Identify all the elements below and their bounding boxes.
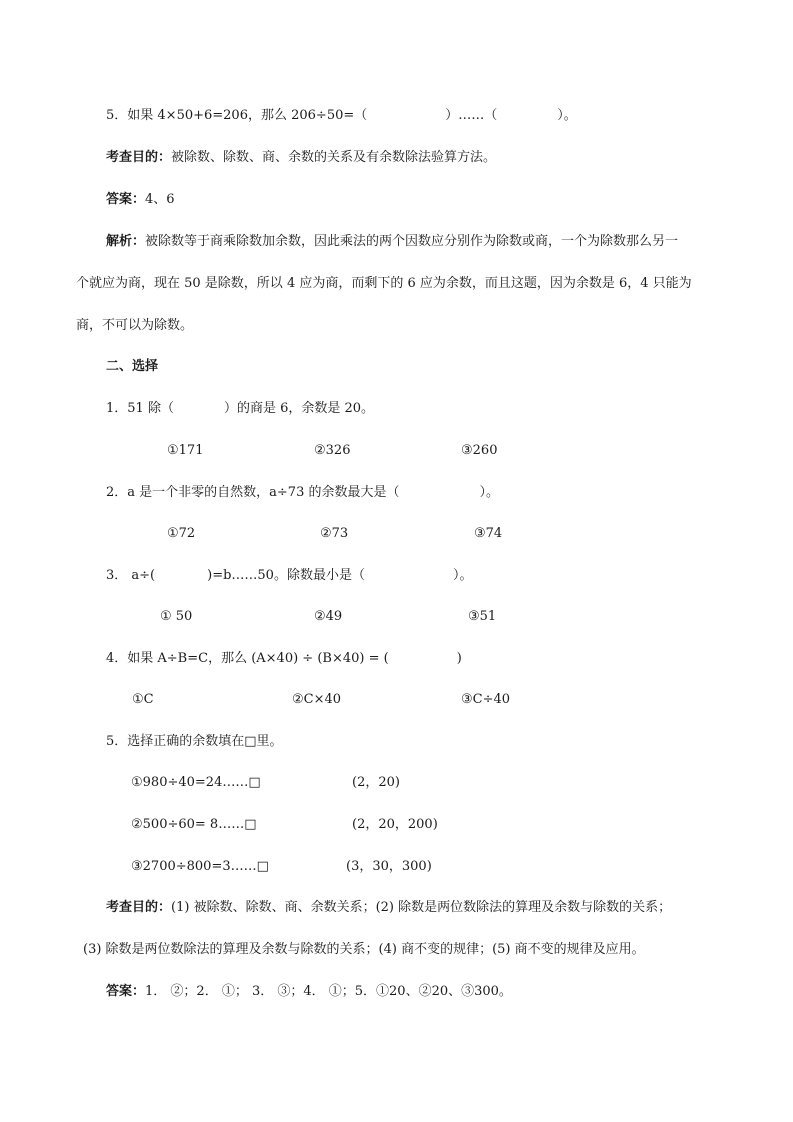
question-text: 1．51 除（ [106,401,174,416]
sub-item-3-choices: (3，30，300) [346,859,432,875]
analysis-text: 被除数等于商乘除数加余数，因此乘法的两个因数应分别作为除数或商，一个为除数那么另… [145,234,678,249]
question-mid: ）……（ [445,108,497,123]
purpose-label: 考查目的： [106,900,171,915]
choice-question-2: 2．a 是一个非零的自然数，a÷73 的余数最大是（）。 [106,485,499,501]
purpose-text: (1) 被除数、除数、商、余数关系；(2) 除数是两位数除法的算理及余数与除数的… [171,900,671,915]
section2-purpose-line-1: 考查目的：(1) 被除数、除数、商、余数关系；(2) 除数是两位数除法的算理及余… [106,900,671,916]
sub-item-2-expr: ②500÷60= 8……□ [131,817,256,833]
choice-question-3: 3． a÷()=b……50。除数最小是（）。 [106,568,472,584]
option-3: ③74 [474,526,502,542]
analysis-line-3: 商，不可以为除数。 [76,318,193,334]
purpose-text: 被除数、除数、商、余数的关系及有余数除法验算方法。 [171,150,496,165]
question-end: ）。 [453,568,473,583]
answer-label: 答案： [106,192,145,207]
question-end: ）。 [479,485,499,500]
question-text: 5．选择正确的余数填在□里。 [106,734,283,749]
option-1: ①C [132,692,154,708]
purpose-text: (3) 除数是两位数除法的算理及余数与除数的关系；(4) 商不变的规律；(5) … [83,942,645,957]
question-text: 3． a÷( [106,568,155,583]
sub-item-3-expr: ③2700÷800=3……□ [131,859,269,875]
analysis-text: 商，不可以为除数。 [76,318,193,333]
question-mid: )=b……50。除数最小是（ [207,568,365,583]
option-1: ① 50 [160,609,192,625]
option-2: ②326 [314,443,350,459]
question-end: ）的商是 6，余数是 20。 [224,401,374,416]
sub-item-1-choices: (2，20) [352,775,400,791]
question-end: ) [457,651,462,666]
question-text: 4．如果 A÷B=C，那么 (A×40) ÷ (B×40) = ( [106,651,389,666]
option-2: ②73 [320,526,348,542]
answer-paragraph: 答案：4、6 [106,192,175,208]
analysis-line-2: 个就应为商，现在 50 是除数，所以 4 应为商，而剩下的 6 应为余数，而且这… [76,276,692,292]
option-3: ③51 [468,609,496,625]
answer-text: 4、6 [145,192,175,207]
answer-label: 答案： [106,984,145,999]
option-3: ③C÷40 [461,692,510,708]
analysis-text: 个就应为商，现在 50 是除数，所以 4 应为商，而剩下的 6 应为余数，而且这… [76,276,692,291]
option-2: ②C×40 [292,692,341,708]
question-text: 5．如果 4×50+6=206，那么 206÷50=（ [106,108,367,123]
question-text: 2．a 是一个非零的自然数，a÷73 的余数最大是（ [106,485,399,500]
choice-question-1: 1．51 除（）的商是 6，余数是 20。 [106,401,374,417]
analysis-label: 解析： [106,234,145,249]
question-end: ）。 [557,108,577,123]
option-2: ②49 [314,609,342,625]
sub-item-1-expr: ①980÷40=24……□ [131,775,261,791]
section2-answer: 答案：1． ②；2． ①； 3． ③；4． ①；5．①20、②20、③300。 [106,984,512,1000]
option-1: ①72 [167,526,195,542]
analysis-line-1: 解析：被除数等于商乘除数加余数，因此乘法的两个因数应分别作为除数或商，一个为除数… [106,234,678,250]
section2-purpose-line-2: (3) 除数是两位数除法的算理及余数与除数的关系；(4) 商不变的规律；(5) … [83,942,645,958]
answer-text: 1． ②；2． ①； 3． ③；4． ①；5．①20、②20、③300。 [145,984,512,999]
choice-question-5: 5．选择正确的余数填在□里。 [106,734,283,750]
purpose-paragraph: 考查目的：被除数、除数、商、余数的关系及有余数除法验算方法。 [106,150,496,166]
option-1: ①171 [167,443,203,459]
option-3: ③260 [461,443,497,459]
section-heading: 二、选择 [106,359,158,375]
sub-item-2-choices: (2，20，200) [352,817,438,833]
purpose-label: 考查目的： [106,150,171,165]
question-5-stem: 5．如果 4×50+6=206，那么 206÷50=（）……（）。 [106,108,577,124]
choice-question-4: 4．如果 A÷B=C，那么 (A×40) ÷ (B×40) = () [106,651,462,667]
